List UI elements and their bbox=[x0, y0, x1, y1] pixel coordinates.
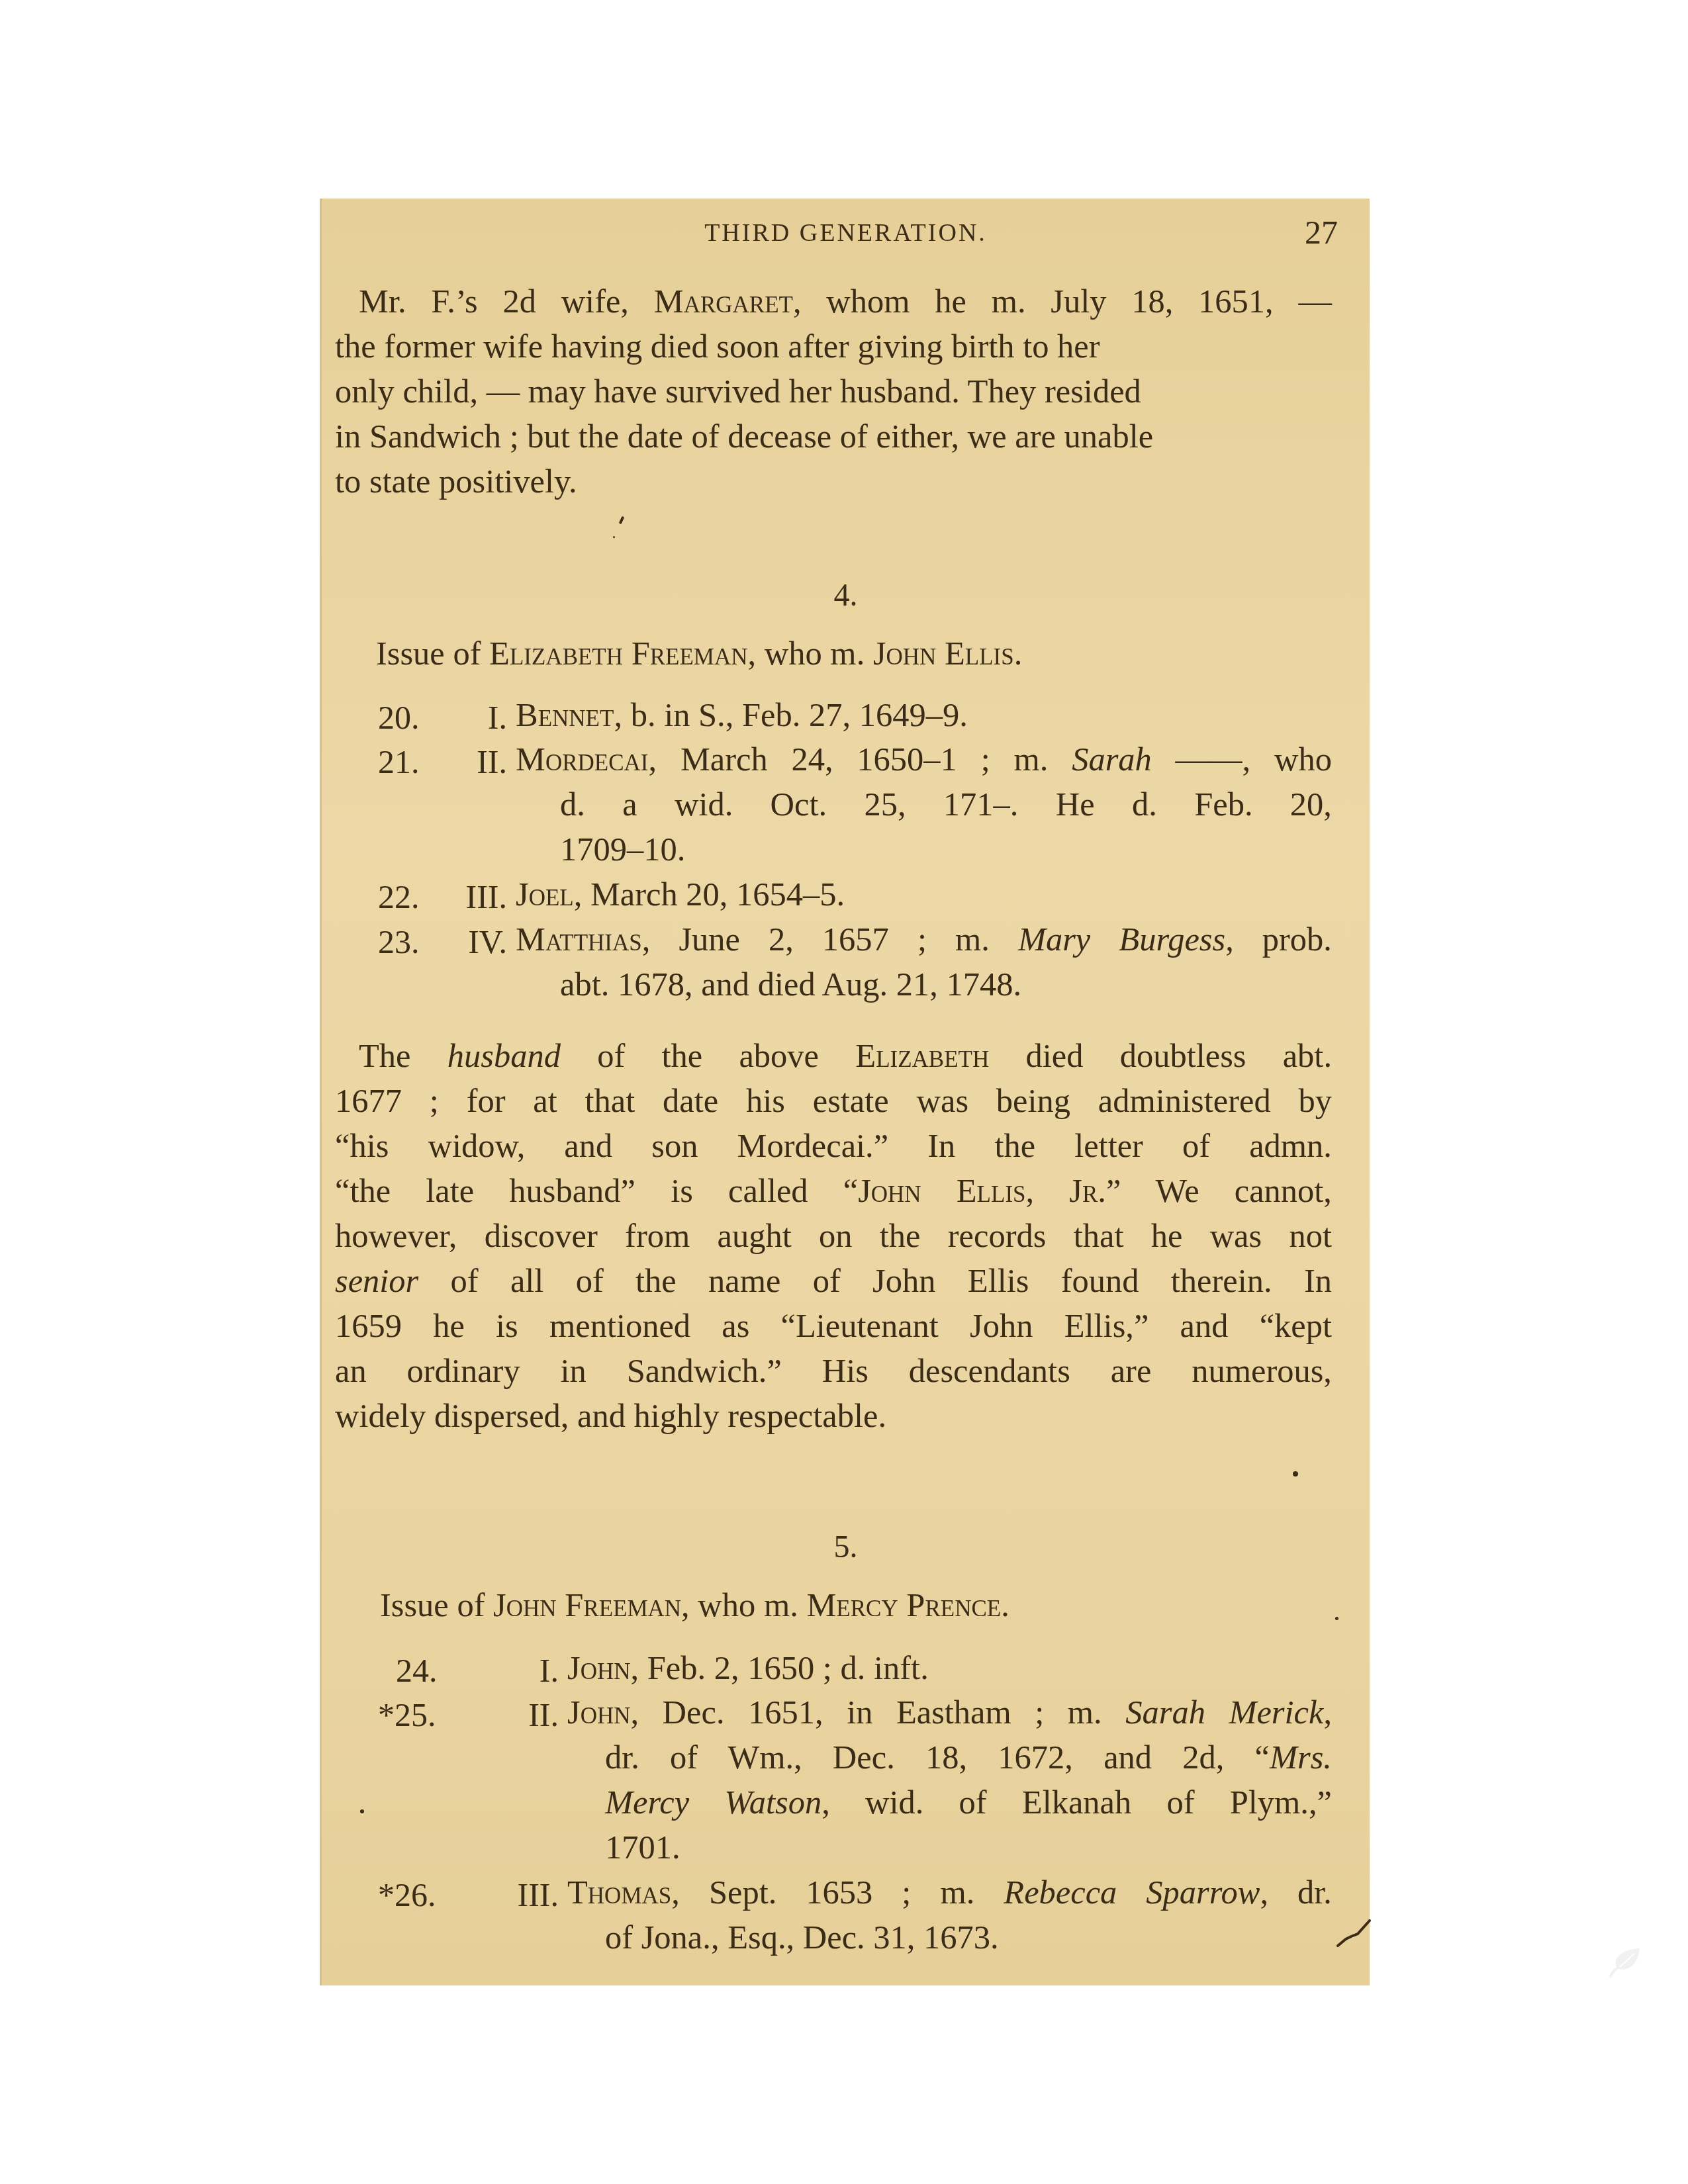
entry-text: John, Feb. 2, 1650 ; d. inft. bbox=[567, 1651, 929, 1685]
text-line: Mr. F.’s 2d wife, Margaret, whom he m. J… bbox=[359, 285, 1332, 318]
leaf-icon bbox=[1605, 1946, 1645, 1979]
entry-text: Matthias, June 2, 1657 ; m. Mary Burgess… bbox=[516, 923, 1332, 956]
entry-roman: II. bbox=[421, 743, 507, 781]
entry-text: Bennet, b. in S., Feb. 27, 1649–9. bbox=[516, 698, 968, 732]
text-line: 1677 ; for at that date his estate was b… bbox=[335, 1084, 1332, 1118]
entry-text: Joel, March 20, 1654–5. bbox=[516, 878, 845, 911]
text-line: in Sandwich ; but the date of decease of… bbox=[335, 420, 1332, 453]
pencil-mark bbox=[1331, 1919, 1371, 1952]
entry-roman: III. bbox=[421, 878, 507, 916]
ink-speck bbox=[1335, 1617, 1338, 1620]
entry-text: Mercy Watson, wid. of Elkanah of Plym.,” bbox=[605, 1786, 1332, 1819]
text-line: however, discover from aught on the reco… bbox=[335, 1219, 1332, 1253]
section-heading: Issue of Elizabeth Freeman, who m. John … bbox=[376, 637, 1022, 670]
page-number: 27 bbox=[1305, 213, 1338, 251]
entry-text: John, Dec. 1651, in Eastham ; m. Sarah M… bbox=[567, 1696, 1332, 1729]
entry-text: dr. of Wm., Dec. 18, 1672, and 2d, “Mrs. bbox=[605, 1741, 1332, 1774]
entry-number: 22. bbox=[378, 878, 420, 916]
text-line: the former wife having died soon after g… bbox=[335, 330, 1332, 363]
entry-number: *26. bbox=[378, 1876, 436, 1914]
ink-speck bbox=[1293, 1471, 1298, 1477]
ink-speck bbox=[619, 516, 625, 525]
text-line: “his widow, and son Mordecai.” In the le… bbox=[335, 1129, 1332, 1163]
section-heading: Issue of John Freeman, who m. Mercy Pren… bbox=[380, 1588, 1009, 1622]
entry-text: Mordecai, March 24, 1650–1 ; m. Sarah ——… bbox=[516, 743, 1332, 776]
text-line: 1659 he is mentioned as “Lieutenant John… bbox=[335, 1309, 1332, 1343]
entry-roman: I. bbox=[421, 698, 507, 737]
book-page: THIRD GENERATION. 27 Mr. F.’s 2d wife, M… bbox=[320, 199, 1370, 1985]
ink-speck bbox=[360, 1809, 364, 1813]
text-line: senior of all of the name of John Ellis … bbox=[335, 1264, 1332, 1298]
entry-number: 24. bbox=[396, 1651, 438, 1690]
entry-text: of Jona., Esq., Dec. 31, 1673. bbox=[605, 1921, 999, 1954]
ink-speck bbox=[613, 536, 615, 538]
section-number: 4. bbox=[322, 577, 1370, 614]
entry-roman: I. bbox=[454, 1651, 559, 1690]
text-line: widely dispersed, and highly respectable… bbox=[335, 1399, 886, 1433]
text-line: to state positively. bbox=[335, 465, 577, 498]
entry-number: *25. bbox=[378, 1696, 436, 1734]
running-header: THIRD GENERATION. bbox=[322, 218, 1370, 248]
entry-text: d. a wid. Oct. 25, 171–. He d. Feb. 20, bbox=[560, 788, 1332, 821]
entry-number: 20. bbox=[378, 698, 420, 737]
entry-number: 23. bbox=[378, 923, 420, 961]
text-line: an ordinary in Sandwich.” His descendant… bbox=[335, 1354, 1332, 1388]
entry-number: 21. bbox=[378, 743, 420, 781]
entry-text: abt. 1678, and died Aug. 21, 1748. bbox=[560, 968, 1021, 1001]
entry-text: Thomas, Sept. 1653 ; m. Rebecca Sparrow,… bbox=[567, 1876, 1332, 1909]
entry-text: 1701. bbox=[605, 1831, 680, 1864]
entry-roman: III. bbox=[454, 1876, 559, 1914]
entry-roman: IV. bbox=[421, 923, 507, 961]
text-line: The husband of the above Elizabeth died … bbox=[359, 1039, 1332, 1073]
entry-roman: II. bbox=[454, 1696, 559, 1734]
text-line: only child, — may have survived her husb… bbox=[335, 375, 1332, 408]
entry-text: 1709–10. bbox=[560, 833, 685, 866]
section-number: 5. bbox=[322, 1529, 1370, 1565]
text-line: “the late husband” is called “John Ellis… bbox=[335, 1174, 1332, 1208]
